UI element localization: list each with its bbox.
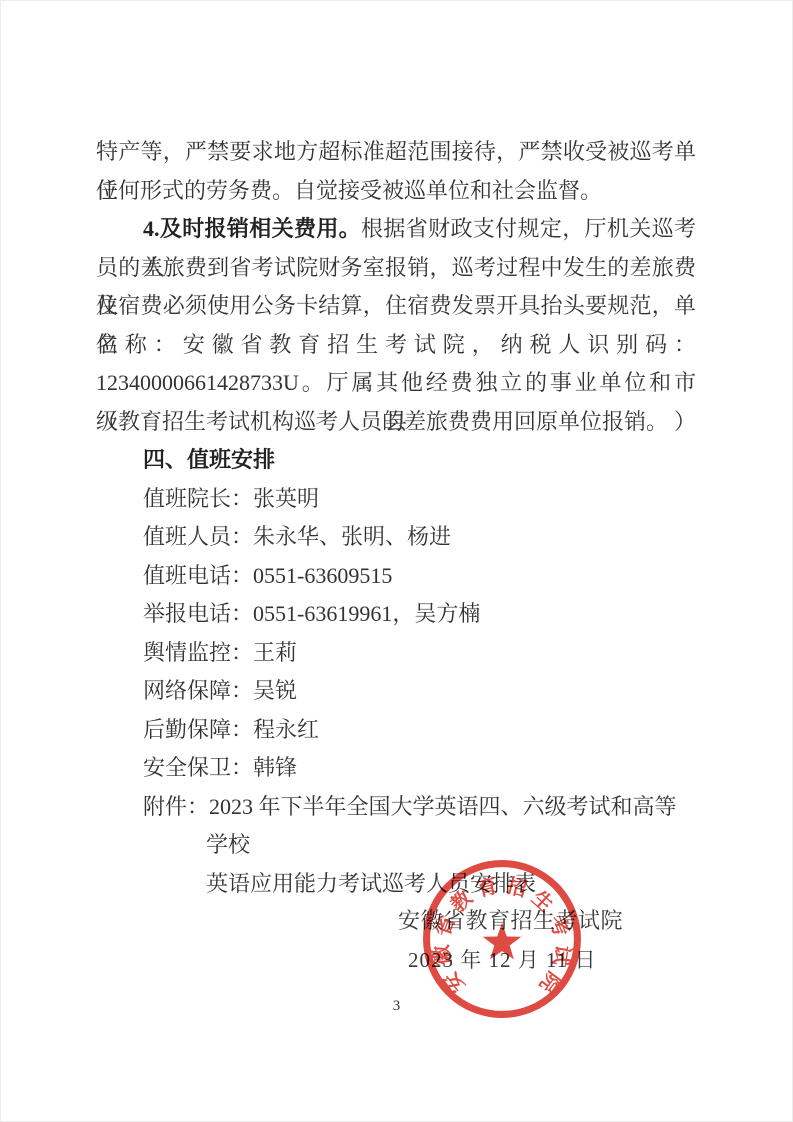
attachment-title-line2: 英语应用能力考试巡考人员安排表: [206, 871, 536, 896]
duty-colon: ：: [231, 563, 253, 588]
paragraph-line: 名称：安徽省教育招生考试院，纳税人识别码：: [96, 326, 696, 365]
date-line: 2023 年 12 月 11 日: [408, 947, 596, 973]
duty-value: 韩锋: [253, 755, 297, 780]
duty-value: 0551-63619961，吴方楠: [253, 601, 480, 626]
page-number: 3: [0, 998, 793, 1015]
duty-colon: ：: [231, 755, 253, 780]
document-body: 特产等，严禁要求地方超标准超范围接待，严禁收受被巡考单位 任何形式的劳务费。自觉…: [96, 133, 696, 903]
paragraph-line: 员的差旅费到省考试院财务室报销，巡考过程中发生的差旅费及: [96, 249, 696, 288]
duty-label: 网络保障: [143, 678, 231, 703]
duty-value: 朱永华、张明、杨进: [253, 524, 451, 549]
paragraph-line: 任何形式的劳务费。自觉接受被巡单位和社会监督。: [96, 172, 696, 211]
duty-item: 后勤保障：程永红: [96, 711, 696, 750]
duty-colon: ：: [231, 640, 253, 665]
attachment-title-line1: 2023 年下半年全国大学英语四、六级考试和高等学校: [206, 794, 677, 858]
duty-value: 王莉: [253, 640, 297, 665]
duty-item: 网络保障：吴锐: [96, 672, 696, 711]
duty-label: 安全保卫: [143, 755, 231, 780]
duty-value: 张英明: [253, 486, 319, 511]
paragraph-lead-bold: 4.及时报销相关费用。: [143, 216, 361, 241]
section-heading: 四、值班安排: [96, 441, 696, 480]
document-page: 特产等，严禁要求地方超标准超范围接待，严禁收受被巡考单位 任何形式的劳务费。自觉…: [0, 0, 793, 1122]
paragraph-line: 12340000661428733U。厅属其他经费独立的事业单位和市（县）: [96, 364, 696, 403]
duty-colon: ：: [231, 486, 253, 511]
duty-label: 后勤保障: [143, 717, 231, 742]
duty-label: 值班电话: [143, 563, 231, 588]
duty-item: 舆情监控：王莉: [96, 634, 696, 673]
duty-colon: ：: [231, 601, 253, 626]
duty-label: 举报电话: [143, 601, 231, 626]
paragraph-line: 特产等，严禁要求地方超标准超范围接待，严禁收受被巡考单位: [96, 133, 696, 172]
duty-label: 舆情监控: [143, 640, 231, 665]
duty-item: 举报电话：0551-63619961，吴方楠: [96, 595, 696, 634]
duty-value: 程永红: [253, 717, 319, 742]
attachment-prefix: 附件：: [143, 794, 209, 819]
attachment-note: 附件：2023 年下半年全国大学英语四、六级考试和高等学校英语应用能力考试巡考人…: [96, 788, 696, 904]
duty-colon: ：: [231, 524, 253, 549]
duty-item: 值班院长：张英明: [96, 480, 696, 519]
duty-value: 吴锐: [253, 678, 297, 703]
paragraph-line: 4.及时报销相关费用。根据省财政支付规定，厅机关巡考人: [96, 210, 696, 249]
paragraph-line: 级教育招生考试机构巡考人员的差旅费费用回原单位报销。: [96, 403, 696, 442]
signature-line: 安徽省教育招生考试院: [398, 908, 623, 934]
duty-colon: ：: [231, 678, 253, 703]
duty-label: 值班人员: [143, 524, 231, 549]
duty-label: 值班院长: [143, 486, 231, 511]
duty-item: 值班电话：0551-63609515: [96, 557, 696, 596]
paragraph-line: 住宿费必须使用公务卡结算，住宿费发票开具抬头要规范，单位: [96, 287, 696, 326]
duty-colon: ：: [231, 717, 253, 742]
duty-item: 安全保卫：韩锋: [96, 749, 696, 788]
duty-value: 0551-63609515: [253, 563, 392, 588]
duty-item: 值班人员：朱永华、张明、杨进: [96, 518, 696, 557]
